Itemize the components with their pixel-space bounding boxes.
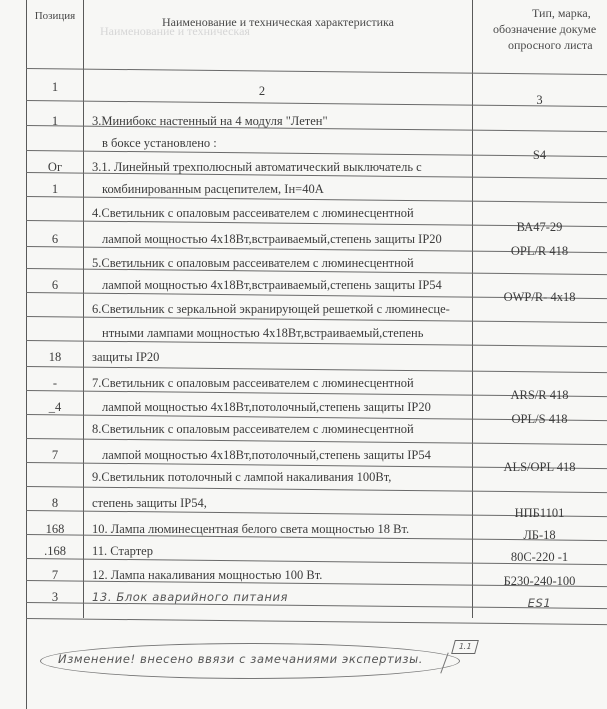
change-note: Изменение! внесено ввязи с замечаниями э… <box>58 652 423 666</box>
row-name: 12. Лампа накаливания мощностью 100 Вт. <box>92 568 322 583</box>
row-name: 4.Светильник с опаловым рассеивателем с … <box>92 206 414 221</box>
row-type: НПБ1101 <box>472 506 607 521</box>
row-type: Б230-240-100 <box>472 574 607 589</box>
row-name: нтными лампами мощностью 4х18Вт,встраива… <box>102 326 423 341</box>
table-rule <box>26 196 607 203</box>
row-position: - <box>27 376 83 391</box>
row-position: 6 <box>27 232 83 247</box>
row-name: 10. Лампа люминесцентная белого света мо… <box>92 522 409 537</box>
row-position: 7 <box>27 568 83 583</box>
table-rule <box>26 438 607 445</box>
table-rule <box>26 366 607 373</box>
row-type: ALS/OPL 418 <box>472 460 607 475</box>
row-position: 1 <box>27 182 83 197</box>
row-name: 3.Минибокс настенный на 4 модуля "Летен" <box>92 114 328 129</box>
row-position: Ог <box>27 160 83 175</box>
col-number-2: 2 <box>84 84 440 99</box>
row-name: лампой мощностью 4х18Вт,потолочный,степе… <box>102 400 431 415</box>
row-name: 7.Светильник с опаловым рассеивателем с … <box>92 376 414 391</box>
row-type: ES1 <box>472 596 607 610</box>
document-page: Наименование и техническая Позиция Наиме… <box>0 0 607 709</box>
header-type-line2: обозначение докуме <box>493 22 596 37</box>
row-position: .168 <box>27 544 83 559</box>
row-name: лампой мощностью 4х18Вт,встраиваемый,сте… <box>102 278 442 293</box>
header-type-line3: опросного листа <box>508 38 593 53</box>
row-position: _4 <box>27 400 83 415</box>
row-name: в боксе установлено : <box>102 136 217 151</box>
row-type: OPL/R 418 <box>472 244 607 259</box>
row-name: 3.1. Линейный трехполюсный автоматически… <box>92 160 422 175</box>
row-type: ARS/R 418 <box>472 388 607 403</box>
col-number-3: 3 <box>472 93 607 108</box>
row-position: 6 <box>27 278 83 293</box>
row-position: 18 <box>27 350 83 365</box>
row-name: 13. Блок аварийного питания <box>92 590 288 604</box>
row-type: S4 <box>472 148 607 163</box>
revision-mark: 1.1 <box>451 640 479 654</box>
row-name: 11. Стартер <box>92 544 153 559</box>
row-position: 3 <box>27 590 83 605</box>
row-name: 5.Светильник с опаловым рассеивателем с … <box>92 256 414 271</box>
row-type: OWP/R- 4x18 <box>472 290 607 305</box>
row-type: ЛБ-18 <box>472 528 607 543</box>
row-position: 168 <box>27 522 83 537</box>
row-type: ВА47-29 <box>472 220 607 235</box>
row-name: 8.Светильник с опаловым рассеивателем с … <box>92 422 414 437</box>
row-name: комбинированным расцепителем, Iн=40А <box>102 182 324 197</box>
row-position: 7 <box>27 448 83 463</box>
row-name: 9.Светильник потолочный с лампой накалив… <box>92 470 391 485</box>
header-position: Позиция <box>27 10 83 22</box>
header-type-line1: Тип, марка, <box>532 6 591 21</box>
row-position: 8 <box>27 496 83 511</box>
row-type: 80С-220 -1 <box>472 550 607 565</box>
row-name: лампой мощностью 4х18Вт,потолочный,степе… <box>102 448 431 463</box>
col-number-1: 1 <box>27 80 83 95</box>
header-name: Наименование и техническая характеристик… <box>84 15 472 30</box>
row-name: степень защиты IP54, <box>92 496 207 511</box>
row-position: 1 <box>27 114 83 129</box>
row-name: лампой мощностью 4х18Вт,встраиваемый,сте… <box>102 232 442 247</box>
table-rule <box>26 68 607 75</box>
table-rule <box>26 618 607 625</box>
row-type: OPL/S 418 <box>472 412 607 427</box>
row-name: защиты IP20 <box>92 350 159 365</box>
table-rule <box>26 486 607 493</box>
row-name: 6.Светильник с зеркальной экранирующей р… <box>92 302 450 317</box>
table-rule <box>26 316 607 323</box>
table-rule <box>26 340 607 347</box>
